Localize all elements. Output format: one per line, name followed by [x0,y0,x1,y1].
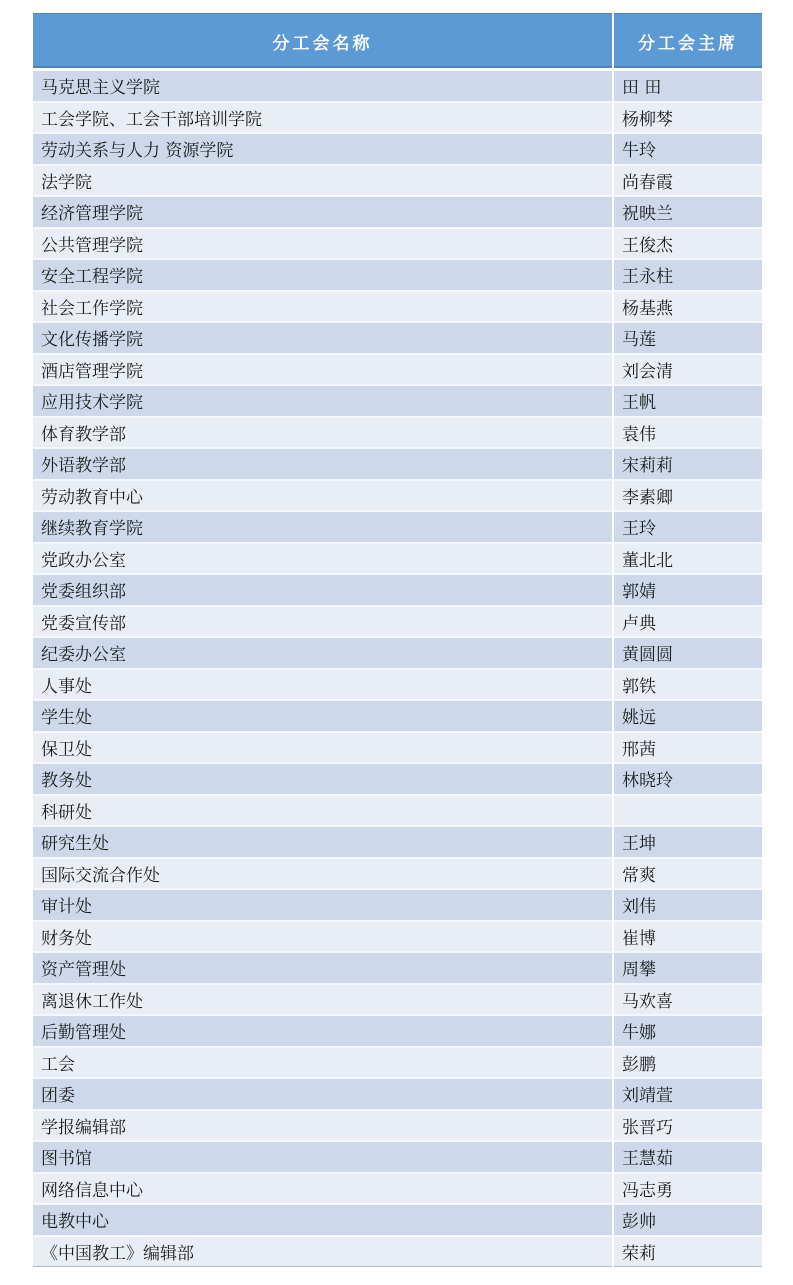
chair-name-cell: 卢典 [613,606,762,638]
table-row: 马克思主义学院田 田 [33,70,762,102]
table-row: 研究生处王坤 [33,826,762,858]
table-row: 离退休工作处马欢喜 [33,984,762,1016]
union-name-cell: 网络信息中心 [33,1173,613,1205]
chair-name-cell: 黄圆圆 [613,637,762,669]
table-row: 外语教学部宋莉莉 [33,448,762,480]
chair-name-cell: 彭鹏 [613,1047,762,1079]
table-row: 体育教学部袁伟 [33,417,762,449]
chair-name-cell: 姚远 [613,700,762,732]
union-name-cell: 保卫处 [33,732,613,764]
table-row: 财务处崔博 [33,921,762,953]
union-table: 分工会名称 分工会主席 马克思主义学院田 田工会学院、工会干部培训学院杨柳棽劳动… [33,13,762,1267]
table-row: 保卫处邢茜 [33,732,762,764]
table-row: 电教中心彭帅 [33,1204,762,1236]
union-name-cell: 经济管理学院 [33,196,613,228]
table-body: 马克思主义学院田 田工会学院、工会干部培训学院杨柳棽劳动关系与人力 资源学院牛玲… [33,70,762,1267]
chair-name-cell: 崔博 [613,921,762,953]
chair-name-cell: 周攀 [613,952,762,984]
chair-name-cell: 冯志勇 [613,1173,762,1205]
table-row: 继续教育学院王玲 [33,511,762,543]
table-row: 科研处 [33,795,762,827]
union-name-cell: 工会学院、工会干部培训学院 [33,102,613,134]
union-name-cell: 团委 [33,1078,613,1110]
table-row: 学生处姚远 [33,700,762,732]
union-name-cell: 国际交流合作处 [33,858,613,890]
chair-name-cell: 董北北 [613,543,762,575]
table-row: 审计处刘伟 [33,889,762,921]
chair-name-cell: 袁伟 [613,417,762,449]
column-header-union-name: 分工会名称 [33,14,613,70]
chair-name-cell: 王坤 [613,826,762,858]
union-name-cell: 继续教育学院 [33,511,613,543]
table-row: 图书馆王慧茹 [33,1141,762,1173]
chair-name-cell: 彭帅 [613,1204,762,1236]
union-name-cell: 社会工作学院 [33,291,613,323]
chair-name-cell: 王慧茹 [613,1141,762,1173]
union-name-cell: 审计处 [33,889,613,921]
table-row: 后勤管理处牛娜 [33,1015,762,1047]
chair-name-cell [613,795,762,827]
union-name-cell: 应用技术学院 [33,385,613,417]
union-name-cell: 公共管理学院 [33,228,613,260]
table-row: 法学院尚春霞 [33,165,762,197]
table-row: 学报编辑部张晋巧 [33,1110,762,1142]
union-name-cell: 学报编辑部 [33,1110,613,1142]
union-name-cell: 后勤管理处 [33,1015,613,1047]
chair-name-cell: 荣莉 [613,1236,762,1267]
chair-name-cell: 林晓玲 [613,763,762,795]
table-row: 工会学院、工会干部培训学院杨柳棽 [33,102,762,134]
union-name-cell: 《中国教工》编辑部 [33,1236,613,1267]
chair-name-cell: 张晋巧 [613,1110,762,1142]
union-name-cell: 酒店管理学院 [33,354,613,386]
union-name-cell: 纪委办公室 [33,637,613,669]
table-row: 党政办公室董北北 [33,543,762,575]
union-name-cell: 资产管理处 [33,952,613,984]
table-row: 经济管理学院祝映兰 [33,196,762,228]
table-row: 劳动教育中心李素卿 [33,480,762,512]
union-name-cell: 教务处 [33,763,613,795]
union-name-cell: 党委宣传部 [33,606,613,638]
union-name-cell: 人事处 [33,669,613,701]
union-name-cell: 离退休工作处 [33,984,613,1016]
table-row: 工会彭鹏 [33,1047,762,1079]
table-row: 劳动关系与人力 资源学院牛玲 [33,133,762,165]
table-row: 酒店管理学院刘会清 [33,354,762,386]
union-name-cell: 马克思主义学院 [33,70,613,102]
header-row: 分工会名称 分工会主席 [33,14,762,70]
table-row: 文化传播学院马莲 [33,322,762,354]
union-name-cell: 体育教学部 [33,417,613,449]
page: 分工会名称 分工会主席 马克思主义学院田 田工会学院、工会干部培训学院杨柳棽劳动… [0,0,793,1285]
chair-name-cell: 牛玲 [613,133,762,165]
chair-name-cell: 邢茜 [613,732,762,764]
union-name-cell: 研究生处 [33,826,613,858]
table-row: 人事处郭铁 [33,669,762,701]
chair-name-cell: 郭铁 [613,669,762,701]
table-row: 党委宣传部卢典 [33,606,762,638]
union-name-cell: 安全工程学院 [33,259,613,291]
union-name-cell: 文化传播学院 [33,322,613,354]
union-name-cell: 财务处 [33,921,613,953]
table-row: 应用技术学院王帆 [33,385,762,417]
chair-name-cell: 王帆 [613,385,762,417]
chair-name-cell: 王俊杰 [613,228,762,260]
union-name-cell: 科研处 [33,795,613,827]
chair-name-cell: 王玲 [613,511,762,543]
chair-name-cell: 马欢喜 [613,984,762,1016]
chair-name-cell: 宋莉莉 [613,448,762,480]
table-row: 社会工作学院杨基燕 [33,291,762,323]
union-name-cell: 外语教学部 [33,448,613,480]
chair-name-cell: 常爽 [613,858,762,890]
table-row: 资产管理处周攀 [33,952,762,984]
chair-name-cell: 王永柱 [613,259,762,291]
chair-name-cell: 刘会清 [613,354,762,386]
table-row: 网络信息中心冯志勇 [33,1173,762,1205]
union-name-cell: 劳动教育中心 [33,480,613,512]
union-name-cell: 法学院 [33,165,613,197]
table-row: 团委刘靖萱 [33,1078,762,1110]
chair-name-cell: 马莲 [613,322,762,354]
chair-name-cell: 牛娜 [613,1015,762,1047]
table-row: 党委组织部郭婧 [33,574,762,606]
chair-name-cell: 杨柳棽 [613,102,762,134]
union-name-cell: 党委组织部 [33,574,613,606]
chair-name-cell: 尚春霞 [613,165,762,197]
chair-name-cell: 杨基燕 [613,291,762,323]
chair-name-cell: 田 田 [613,70,762,102]
union-name-cell: 学生处 [33,700,613,732]
table-row: 教务处林晓玲 [33,763,762,795]
chair-name-cell: 郭婧 [613,574,762,606]
chair-name-cell: 李素卿 [613,480,762,512]
table-row: 公共管理学院王俊杰 [33,228,762,260]
union-name-cell: 图书馆 [33,1141,613,1173]
table-row: 国际交流合作处常爽 [33,858,762,890]
column-header-union-chair: 分工会主席 [613,14,762,70]
chair-name-cell: 刘伟 [613,889,762,921]
chair-name-cell: 刘靖萱 [613,1078,762,1110]
chair-name-cell: 祝映兰 [613,196,762,228]
table-row: 安全工程学院王永柱 [33,259,762,291]
union-name-cell: 电教中心 [33,1204,613,1236]
union-name-cell: 劳动关系与人力 资源学院 [33,133,613,165]
table-row: 《中国教工》编辑部荣莉 [33,1236,762,1267]
union-name-cell: 工会 [33,1047,613,1079]
union-name-cell: 党政办公室 [33,543,613,575]
table-row: 纪委办公室黄圆圆 [33,637,762,669]
